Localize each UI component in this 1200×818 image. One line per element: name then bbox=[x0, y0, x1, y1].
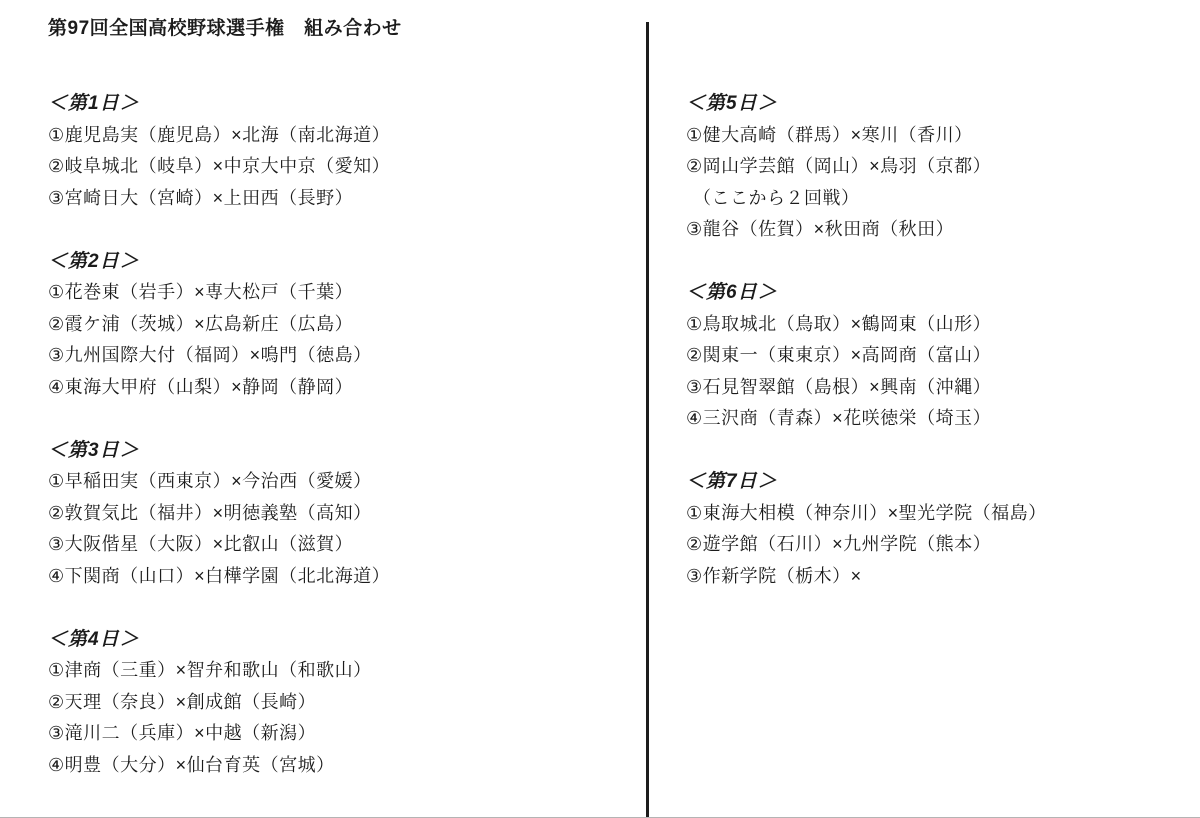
matchup-line: ④下関商（山口）×白樺学園（北北海道） bbox=[48, 561, 628, 593]
right-column: ＜第5日＞①健大高崎（群馬）×寒川（香川）②岡山学芸館（岡山）×鳥羽（京都）（こ… bbox=[686, 88, 1186, 592]
matchup-line: ②敦賀気比（福井）×明徳義塾（高知） bbox=[48, 498, 628, 530]
matchup-line: ④三沢商（青森）×花咲徳栄（埼玉） bbox=[686, 403, 1186, 435]
tournament-bracket-document: 第97回全国高校野球選手権 組み合わせ ＜第1日＞①鹿児島実（鹿児島）×北海（南… bbox=[0, 0, 1200, 818]
matchup-line: ①鳥取城北（鳥取）×鶴岡東（山形） bbox=[686, 309, 1186, 341]
matchup-line: ①東海大相模（神奈川）×聖光学院（福島） bbox=[686, 498, 1186, 530]
matchup-line: ②岡山学芸館（岡山）×鳥羽（京都） bbox=[686, 151, 1186, 183]
day-header: ＜第5日＞ bbox=[686, 88, 1186, 120]
matchup-line: ②関東一（東東京）×高岡商（富山） bbox=[686, 340, 1186, 372]
day-header: ＜第2日＞ bbox=[48, 246, 628, 278]
day-header: ＜第6日＞ bbox=[686, 277, 1186, 309]
day-header: ＜第3日＞ bbox=[48, 435, 628, 467]
matchup-line: ②遊学館（石川）×九州学院（熊本） bbox=[686, 529, 1186, 561]
day-block: ＜第5日＞①健大高崎（群馬）×寒川（香川）②岡山学芸館（岡山）×鳥羽（京都）（こ… bbox=[686, 88, 1186, 246]
matchup-line: ④明豊（大分）×仙台育英（宮城） bbox=[48, 750, 628, 782]
matchup-line: ③滝川二（兵庫）×中越（新潟） bbox=[48, 718, 628, 750]
day-header: ＜第7日＞ bbox=[686, 466, 1186, 498]
matchup-line: ③宮崎日大（宮崎）×上田西（長野） bbox=[48, 183, 628, 215]
day-header: ＜第1日＞ bbox=[48, 88, 628, 120]
matchup-line: ④東海大甲府（山梨）×静岡（静岡） bbox=[48, 372, 628, 404]
left-column: ＜第1日＞①鹿児島実（鹿児島）×北海（南北海道）②岐阜城北（岐阜）×中京大中京（… bbox=[48, 88, 628, 781]
matchup-line: ③石見智翠館（島根）×興南（沖縄） bbox=[686, 372, 1186, 404]
column-divider bbox=[646, 22, 649, 818]
day-block: ＜第6日＞①鳥取城北（鳥取）×鶴岡東（山形）②関東一（東東京）×高岡商（富山）③… bbox=[686, 277, 1186, 435]
matchup-line: ③大阪偕星（大阪）×比叡山（滋賀） bbox=[48, 529, 628, 561]
matchup-line: ③作新学院（栃木）× bbox=[686, 561, 1186, 593]
day-block: ＜第1日＞①鹿児島実（鹿児島）×北海（南北海道）②岐阜城北（岐阜）×中京大中京（… bbox=[48, 88, 628, 214]
round-note: （ここから２回戦） bbox=[686, 183, 1186, 215]
matchup-line: ①鹿児島実（鹿児島）×北海（南北海道） bbox=[48, 120, 628, 152]
page-title: 第97回全国高校野球選手権 組み合わせ bbox=[48, 13, 402, 45]
day-block: ＜第4日＞①津商（三重）×智弁和歌山（和歌山）②天理（奈良）×創成館（長崎）③滝… bbox=[48, 624, 628, 782]
matchup-line: ①津商（三重）×智弁和歌山（和歌山） bbox=[48, 655, 628, 687]
matchup-line: ②岐阜城北（岐阜）×中京大中京（愛知） bbox=[48, 151, 628, 183]
matchup-line: ③龍谷（佐賀）×秋田商（秋田） bbox=[686, 214, 1186, 246]
matchup-line: ①花巻東（岩手）×専大松戸（千葉） bbox=[48, 277, 628, 309]
day-header: ＜第4日＞ bbox=[48, 624, 628, 656]
matchup-line: ②霞ケ浦（茨城）×広島新庄（広島） bbox=[48, 309, 628, 341]
matchup-line: ①早稲田実（西東京）×今治西（愛媛） bbox=[48, 466, 628, 498]
matchup-line: ②天理（奈良）×創成館（長崎） bbox=[48, 687, 628, 719]
day-block: ＜第2日＞①花巻東（岩手）×専大松戸（千葉）②霞ケ浦（茨城）×広島新庄（広島）③… bbox=[48, 246, 628, 404]
matchup-line: ①健大高崎（群馬）×寒川（香川） bbox=[686, 120, 1186, 152]
matchup-line: ③九州国際大付（福岡）×鳴門（徳島） bbox=[48, 340, 628, 372]
day-block: ＜第3日＞①早稲田実（西東京）×今治西（愛媛）②敦賀気比（福井）×明徳義塾（高知… bbox=[48, 435, 628, 593]
day-block: ＜第7日＞①東海大相模（神奈川）×聖光学院（福島）②遊学館（石川）×九州学院（熊… bbox=[686, 466, 1186, 592]
